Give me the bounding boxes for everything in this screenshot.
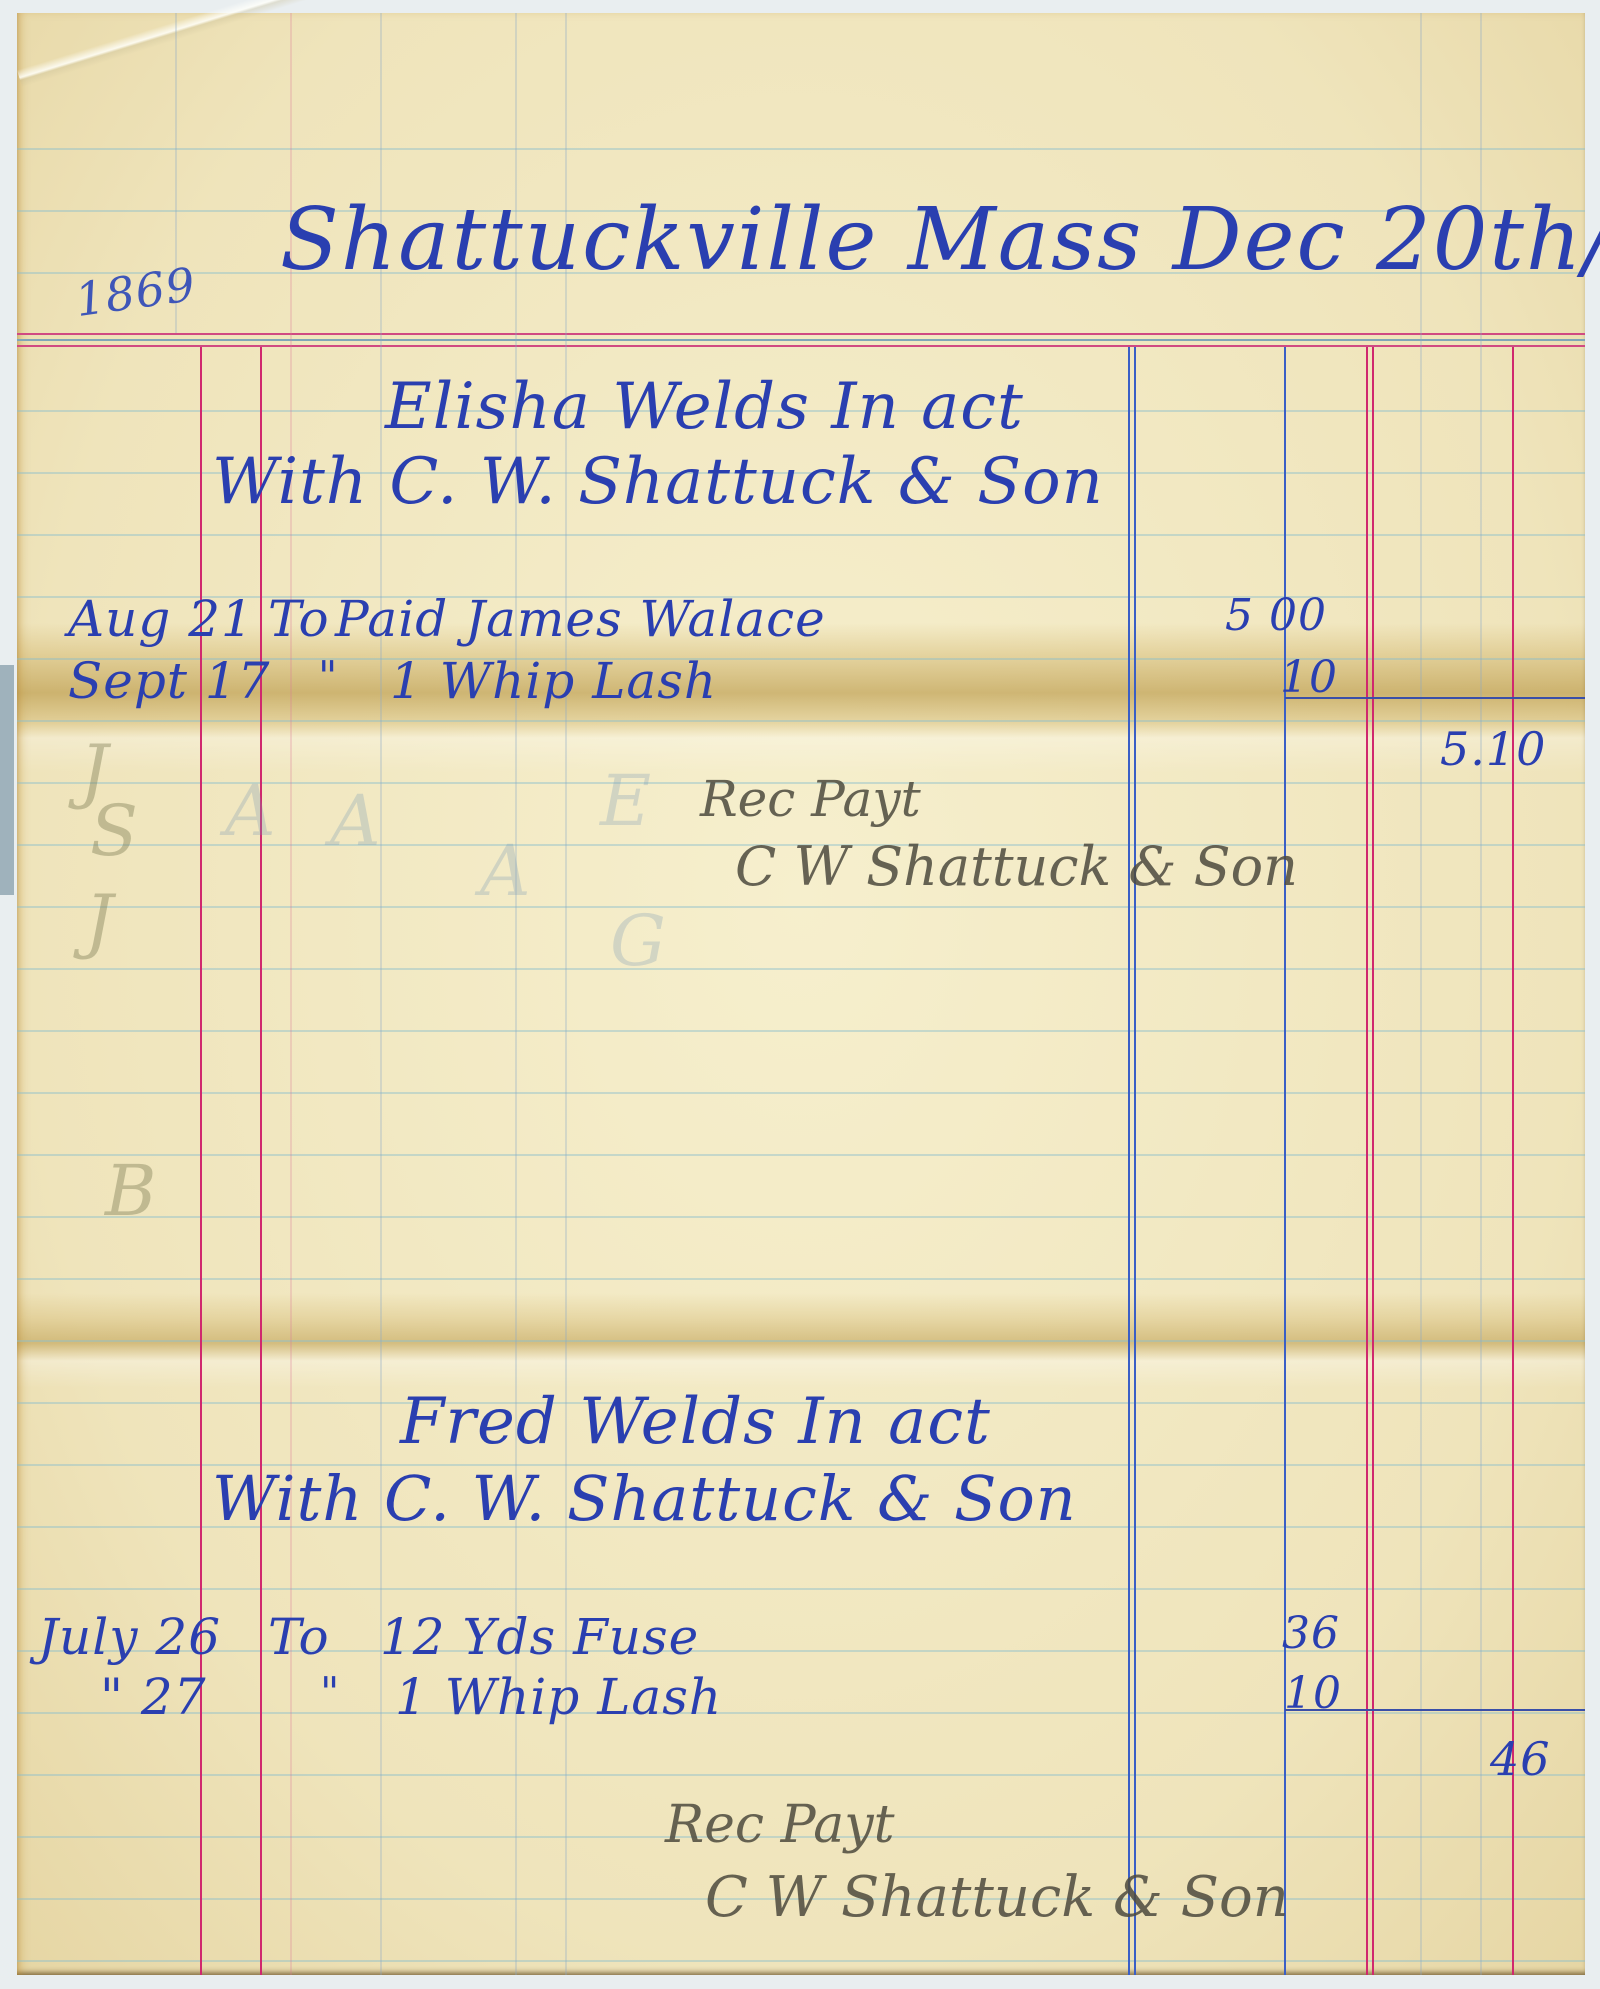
entry-description: Paid James Walace xyxy=(335,590,826,648)
entry-description: 12 Yds Fuse xyxy=(380,1608,699,1666)
entry-prefix: To xyxy=(268,590,330,648)
guide-line xyxy=(290,13,292,1975)
header-rule-mid xyxy=(17,339,1585,341)
receipt-note: Rec Payt xyxy=(665,1795,895,1855)
ruled-line xyxy=(17,720,1585,722)
column-rule-amount-left-b xyxy=(1134,347,1136,1975)
ruled-line xyxy=(17,968,1585,970)
ruled-line xyxy=(17,1588,1585,1590)
column-rule-total-left-a xyxy=(1366,347,1368,1975)
entry-date: Aug 21 xyxy=(68,590,254,648)
receipt-signature: C W Shattuck & Son xyxy=(705,1865,1289,1930)
ruled-line xyxy=(17,1712,1585,1714)
header-rule-bottom xyxy=(17,345,1585,347)
entry-date: July 26 xyxy=(38,1608,221,1666)
ruled-line xyxy=(17,1960,1585,1962)
ruled-line xyxy=(17,906,1585,908)
bleed-through-glyph: G xyxy=(610,900,666,982)
ruled-line xyxy=(17,1278,1585,1280)
ledger-sheet xyxy=(17,13,1585,1975)
entry-prefix: " xyxy=(318,652,338,701)
guide-line xyxy=(1480,13,1482,1975)
entry-date: " 27 xyxy=(100,1668,207,1726)
column-rule-total-right xyxy=(1512,347,1514,1975)
ruled-line xyxy=(17,1774,1585,1776)
total-underline xyxy=(1285,697,1585,699)
bleed-through-glyph: A xyxy=(330,780,381,862)
column-rule-amount-left-a xyxy=(1128,347,1130,1975)
bleed-through-glyph: E xyxy=(600,760,651,842)
bleed-through-glyph: A xyxy=(225,770,276,852)
ruled-line xyxy=(17,1154,1585,1156)
bleed-through-glyph: S xyxy=(90,790,138,872)
account-heading: Elisha Welds In act xyxy=(385,370,1024,444)
guide-line xyxy=(380,13,382,1975)
total-underline xyxy=(1285,1709,1585,1711)
bleed-through-glyph: B xyxy=(105,1150,156,1232)
account-heading-creditor: With C. W. Shattuck & Son xyxy=(212,1462,1077,1535)
account-heading-creditor: With C. W. Shattuck & Son xyxy=(212,445,1104,519)
entry-amount: 5 00 xyxy=(1225,590,1327,641)
entry-amount: 36 xyxy=(1282,1608,1340,1659)
entry-date: Sept 17 xyxy=(68,652,270,710)
header-rule-top xyxy=(17,333,1585,335)
guide-line xyxy=(1420,13,1422,1975)
entry-description: 1 Whip Lash xyxy=(390,652,717,710)
entry-prefix: To xyxy=(268,1608,330,1666)
account-total: 46 xyxy=(1490,1732,1551,1786)
ruled-line xyxy=(17,1340,1585,1342)
scanner-edge xyxy=(0,665,14,895)
receipt-signature: C W Shattuck & Son xyxy=(735,835,1298,898)
entry-prefix: " xyxy=(320,1668,340,1717)
ruled-line xyxy=(17,534,1585,536)
ruled-line xyxy=(17,1650,1585,1652)
place-and-date: Shattuckville Mass Dec 20th/69 xyxy=(280,190,1600,290)
ruled-line xyxy=(17,1216,1585,1218)
ruled-line xyxy=(17,1030,1585,1032)
entry-amount: 10 xyxy=(1280,652,1338,703)
ruled-line xyxy=(17,1092,1585,1094)
entry-amount: 10 xyxy=(1284,1668,1342,1719)
column-rule-total-left-b xyxy=(1372,347,1374,1975)
account-heading: Fred Welds In act xyxy=(400,1385,991,1459)
ruled-line xyxy=(17,148,1585,150)
account-total: 5.10 xyxy=(1440,722,1546,776)
bleed-through-glyph: A xyxy=(480,830,531,912)
margin-rule-date xyxy=(260,347,262,1975)
entry-description: 1 Whip Lash xyxy=(395,1668,722,1726)
receipt-note: Rec Payt xyxy=(700,770,921,828)
bleed-through-glyph: J xyxy=(85,880,113,962)
